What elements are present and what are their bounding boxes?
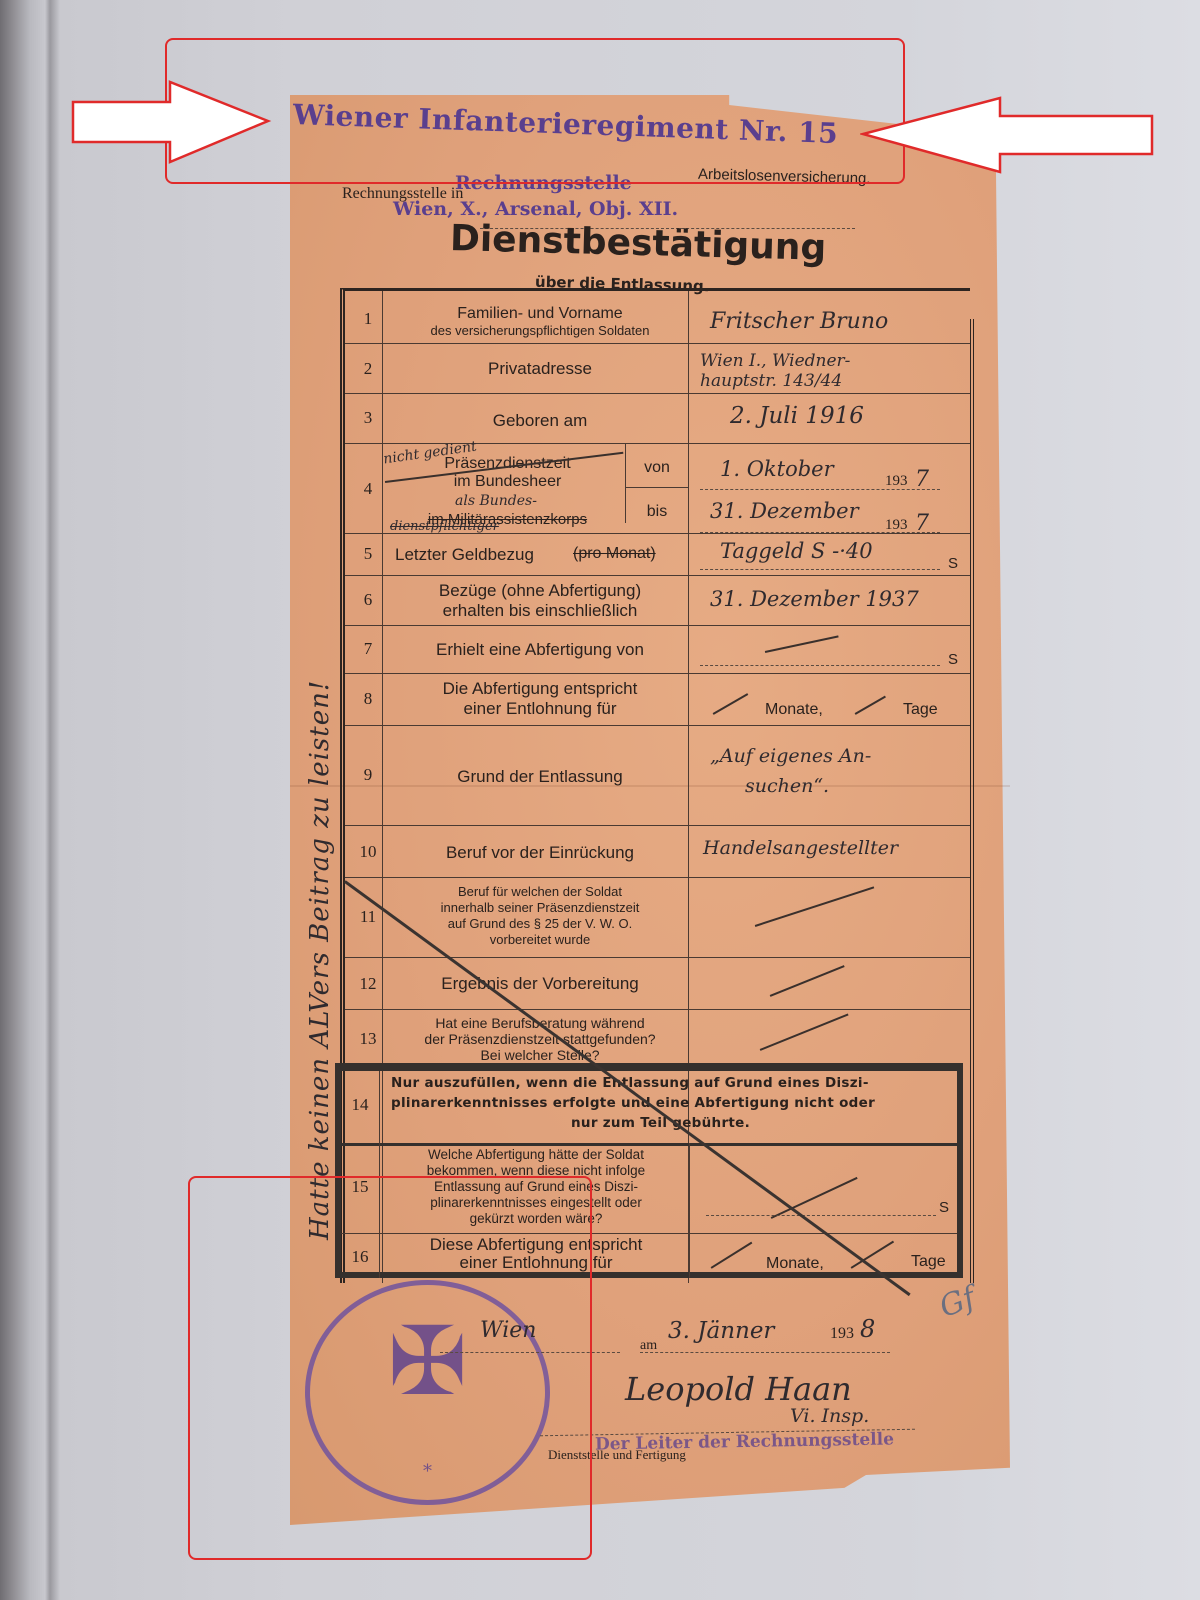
row-label: Geboren am xyxy=(390,411,690,431)
date-value: 3. Jänner xyxy=(668,1318,774,1344)
divider-4a xyxy=(625,443,626,523)
table-row: 13 Hat eine Berufsberatung während der P… xyxy=(345,1009,970,1067)
row-value: Taggeld S -·40 xyxy=(720,539,980,563)
arrow-left-icon xyxy=(860,96,1155,176)
signature: Leopold Haan xyxy=(625,1370,852,1408)
from-line xyxy=(700,489,940,490)
row-number: 4 xyxy=(353,479,383,499)
row-14: 14 Nur auszufüllen, wenn die Entlassung … xyxy=(341,1071,957,1146)
months-label: Monate, xyxy=(765,701,823,719)
margin-note: Hatte keinen ALVers Beitrag zu leisten! xyxy=(305,680,335,1240)
empty-mark xyxy=(855,696,886,715)
row-value: 2. Juli 1916 xyxy=(730,403,990,429)
row-number: 9 xyxy=(353,765,383,785)
table-right-border xyxy=(970,319,974,1283)
table-row: 10 Beruf vor der Einrückung Handelsanges… xyxy=(345,825,970,878)
from-value: 1. Oktober xyxy=(720,457,834,481)
highlight-box-header xyxy=(165,38,905,184)
divider-4b xyxy=(625,487,688,488)
table-row: 7 Erhielt eine Abfertigung von S xyxy=(345,625,970,674)
row-label: Erhielt eine Abfertigung von xyxy=(390,640,690,660)
days-label: Tage xyxy=(903,701,938,719)
row-number: 10 xyxy=(353,842,383,862)
row-unit: S xyxy=(948,651,958,668)
row-label: Bezüge (ohne Abfertigung) xyxy=(390,581,690,601)
row-number: 1 xyxy=(353,309,383,329)
row-number: 14 xyxy=(345,1095,375,1115)
row-unit: S xyxy=(948,555,958,572)
row-number: 7 xyxy=(353,639,383,659)
row-number: 3 xyxy=(353,408,383,428)
row-label: Letzter Geldbezug xyxy=(395,545,575,565)
divider-value xyxy=(689,1233,690,1278)
date-line xyxy=(640,1352,890,1353)
row-label: Ergebnis der Vorbereitung xyxy=(390,974,690,994)
row-label: Privatadresse xyxy=(390,359,690,379)
divider-num xyxy=(379,1071,380,1143)
empty-mark xyxy=(770,965,845,996)
row-value: „Auf eigenes An- xyxy=(710,745,970,767)
empty-mark xyxy=(765,635,839,652)
table-row: 6 Bezüge (ohne Abfertigung) erhalten bis… xyxy=(345,575,970,626)
empty-mark xyxy=(711,1242,753,1269)
row-value: suchen“. xyxy=(745,775,1005,797)
from-year-prefix: 193 xyxy=(885,473,908,490)
row-number: 5 xyxy=(353,544,383,564)
row-label: der Präsenzdienstzeit stattgefunden? xyxy=(390,1031,690,1047)
row-label: plinarerkenntnisses erfolgte und eine Ab… xyxy=(391,1095,875,1111)
row-label: innerhalb seiner Präsenzdienstzeit xyxy=(390,901,690,916)
months-label: Monate, xyxy=(766,1255,824,1273)
value-line xyxy=(700,569,940,570)
office-stamp-line2: Wien, X., Arsenal, Obj. XII. xyxy=(393,198,678,220)
table-row: 12 Ergebnis der Vorbereitung xyxy=(345,957,970,1010)
row-label: nur zum Teil gebührte. xyxy=(571,1115,750,1131)
row-number: 13 xyxy=(353,1029,383,1049)
row-value: Fritscher Bruno xyxy=(710,309,970,334)
to-value: 31. Dezember xyxy=(710,499,859,523)
row-label: Welche Abfertigung hätte der Soldat xyxy=(386,1147,686,1163)
empty-mark xyxy=(713,693,748,714)
table-row: 11 Beruf für welchen der Soldat innerhal… xyxy=(345,877,970,958)
table-row: 3 Geboren am 2. Juli 1916 xyxy=(345,393,970,444)
divider-value xyxy=(689,1143,690,1233)
row-label-sub: des versicherungspflichtigen Soldaten xyxy=(390,324,690,339)
value-line xyxy=(700,665,940,666)
arrow-right-icon xyxy=(70,78,275,168)
row-number: 2 xyxy=(353,359,383,379)
table-row: 4 Präsenzdienstzeit im Bundesheer im Mil… xyxy=(345,443,970,534)
row-annotation: als Bundes- xyxy=(455,493,537,509)
year-digit: 8 xyxy=(860,1315,875,1343)
highlight-box-stamp xyxy=(188,1176,592,1560)
row-value: Handelsangestellter xyxy=(703,837,963,859)
row-label: Familien- und Vorname xyxy=(390,305,690,323)
row-label: erhalten bis einschließlich xyxy=(390,601,690,621)
row-annotation: dienstpflichtiger xyxy=(390,519,499,534)
row-number: 11 xyxy=(353,907,383,927)
empty-mark xyxy=(771,1177,858,1219)
table-row: 5 Letzter Geldbezug (pro Monat) Taggeld … xyxy=(345,533,970,576)
row-label: Grund der Entlassung xyxy=(390,767,690,787)
signature-title: Vi. Insp. xyxy=(790,1405,869,1427)
row-number: 12 xyxy=(353,974,383,994)
row-label: Bei welcher Stelle? xyxy=(390,1047,690,1063)
row-unit: S xyxy=(939,1199,949,1216)
row-value: 31. Dezember 1937 xyxy=(710,587,970,611)
row-label: auf Grund des § 25 der V. W. O. xyxy=(390,917,690,932)
table-row: 2 Privatadresse Wien I., Wiedner- haupts… xyxy=(345,343,970,394)
row-label-struck: (pro Monat) xyxy=(573,545,693,563)
row-label: Beruf vor der Einrückung xyxy=(390,843,690,863)
row-label: Beruf für welchen der Soldat xyxy=(390,885,690,900)
to-label: bis xyxy=(627,503,687,521)
table-row: 8 Die Abfertigung entspricht einer Entlo… xyxy=(345,673,970,726)
table-row: 1 Familien- und Vorname des versicherung… xyxy=(345,291,970,344)
row-label: einer Entlohnung für xyxy=(390,699,690,719)
table-row: 9 Grund der Entlassung „Auf eigenes An- … xyxy=(345,725,970,826)
row-value: Wien I., Wiedner- xyxy=(700,351,960,371)
row-value: hauptstr. 143/44 xyxy=(700,371,960,391)
row-number: 6 xyxy=(353,590,383,610)
days-label: Tage xyxy=(911,1253,946,1271)
empty-mark xyxy=(755,886,874,926)
from-label: von xyxy=(627,459,687,477)
year-prefix: 193 xyxy=(830,1325,854,1343)
row-number: 8 xyxy=(353,689,383,709)
value-line xyxy=(706,1215,936,1216)
empty-mark xyxy=(760,1013,849,1050)
row-label: Die Abfertigung entspricht xyxy=(390,679,690,699)
